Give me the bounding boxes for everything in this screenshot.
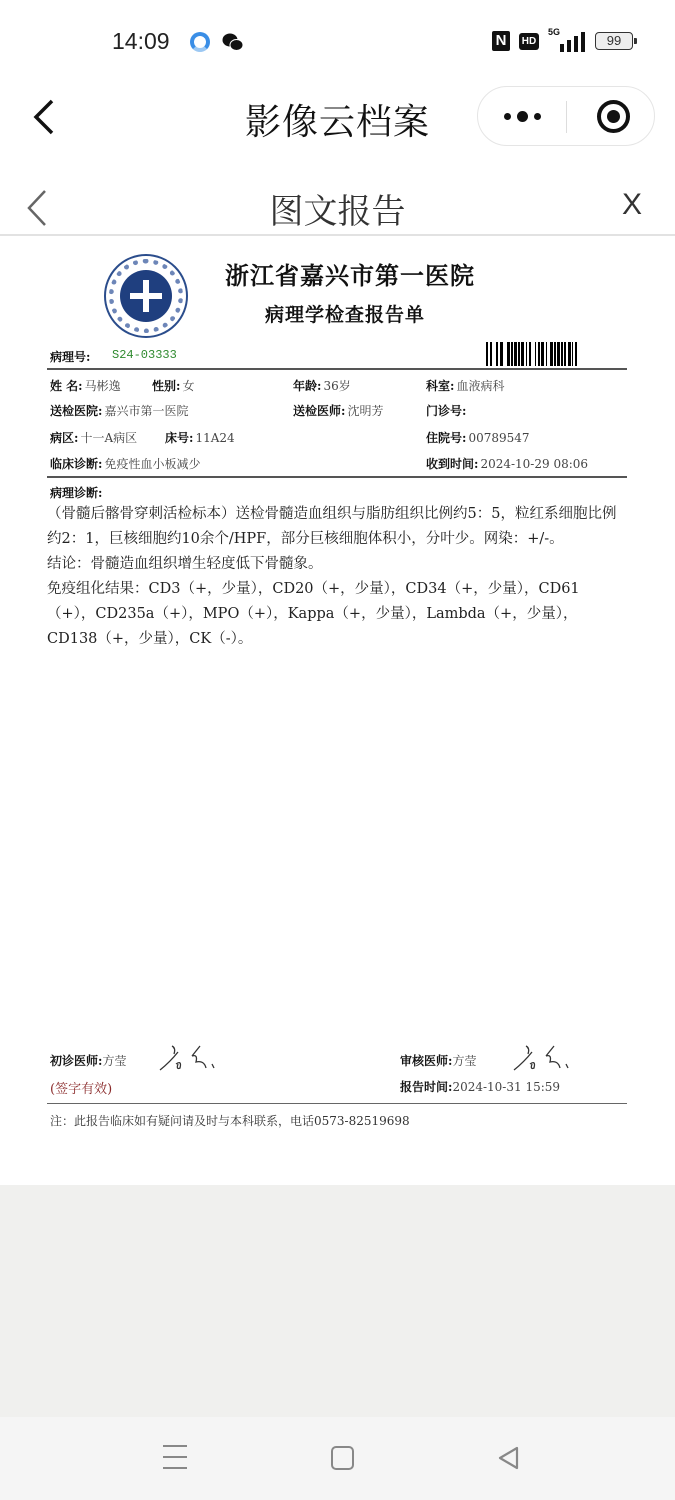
menu-icon[interactable] — [163, 1445, 187, 1469]
initial-doctor: 初诊医师:方莹 — [50, 1052, 126, 1069]
more-dots-icon — [504, 113, 511, 120]
field-clinical-diagnosis: 临床诊断:免疫性血小板减少 — [50, 455, 200, 472]
pathology-no-label: 病理号: — [50, 348, 90, 365]
status-bar: 14:09 N HD 5G 99 — [0, 0, 675, 80]
signature-image — [510, 1040, 574, 1074]
field-bed: 床号:11A24 — [165, 429, 235, 446]
hd-icon: HD — [519, 33, 539, 50]
signal-icon: 5G — [548, 30, 586, 52]
pathology-diagnosis-text: （骨髓后髂骨穿刺活检标本）送检骨髓造血组织与脂肪组织比例约5：5，粒红系细胞比例… — [47, 502, 627, 652]
status-time: 14:09 — [112, 28, 170, 55]
pathology-diagnosis-label: 病理诊断: — [50, 484, 102, 501]
contact-note: 注：此报告临床如有疑问请及时与本科联系，电话0573-82519698 — [50, 1112, 410, 1129]
divider — [47, 368, 627, 370]
network-type: 5G — [548, 27, 560, 37]
field-name: 姓 名:马彬逸 — [50, 377, 121, 394]
capsule-menu — [477, 86, 655, 146]
pathology-report: 浙江省嘉兴市第一医院 病理学检查报告单 病理号: S24-03333 姓 名:马… — [0, 240, 675, 1185]
field-inpatient-no: 住院号:00789547 — [426, 429, 530, 446]
system-navigation-bar — [0, 1417, 675, 1500]
field-submit-doctor: 送检医师:沈明芳 — [293, 402, 383, 419]
review-doctor: 审核医师:方莹 — [400, 1052, 476, 1069]
empty-area — [0, 1185, 675, 1417]
immunohistochemistry-result: 免疫组化结果：CD3（+，少量），CD20（+，少量），CD34（+，少量），C… — [47, 577, 627, 652]
mini-program-navbar: 影像云档案 — [0, 80, 675, 155]
field-age: 年龄:36岁 — [293, 377, 351, 394]
divider — [47, 476, 627, 478]
status-icons: N HD 5G 99 — [492, 30, 633, 52]
more-button[interactable] — [478, 87, 566, 145]
report-type: 病理学检查报告单 — [0, 300, 675, 327]
page-header: 图文报告 X — [0, 170, 675, 236]
pathology-no: S24-03333 — [112, 348, 177, 362]
capsule-divider — [566, 101, 567, 133]
field-gender: 性别:女 — [152, 377, 194, 394]
field-outpatient-no: 门诊号: — [426, 402, 468, 419]
close-button[interactable]: X — [622, 188, 642, 222]
barcode — [486, 342, 618, 366]
divider — [47, 1103, 627, 1104]
hospital-name: 浙江省嘉兴市第一医院 — [0, 256, 675, 291]
signature-valid-note: (签字有效) — [50, 1078, 112, 1097]
field-submit-hospital: 送检医院:嘉兴市第一医院 — [50, 402, 188, 419]
battery-icon: 99 — [595, 32, 633, 50]
diagnosis-paragraph: （骨髓后髂骨穿刺活检标本）送检骨髓造血组织与脂肪组织比例约5：5，粒红系细胞比例… — [47, 502, 627, 552]
back-triangle-icon[interactable] — [496, 1445, 520, 1471]
qq-browser-icon — [190, 32, 210, 52]
nfc-icon: N — [492, 31, 510, 51]
home-square-icon[interactable] — [331, 1446, 354, 1470]
field-received-time: 收到时间:2024-10-29 08:06 — [426, 455, 588, 472]
diagnosis-conclusion: 结论：骨髓造血组织增生轻度低下骨髓象。 — [47, 552, 627, 577]
field-ward: 病区:十一A病区 — [50, 429, 137, 446]
page-title: 图文报告 — [0, 184, 675, 233]
report-time: 报告时间:2024-10-31 15:59 — [400, 1078, 560, 1095]
wechat-icon — [222, 32, 244, 52]
field-department: 科室:血液病科 — [426, 377, 504, 394]
target-close-icon[interactable] — [597, 100, 630, 133]
signature-image — [156, 1040, 220, 1074]
